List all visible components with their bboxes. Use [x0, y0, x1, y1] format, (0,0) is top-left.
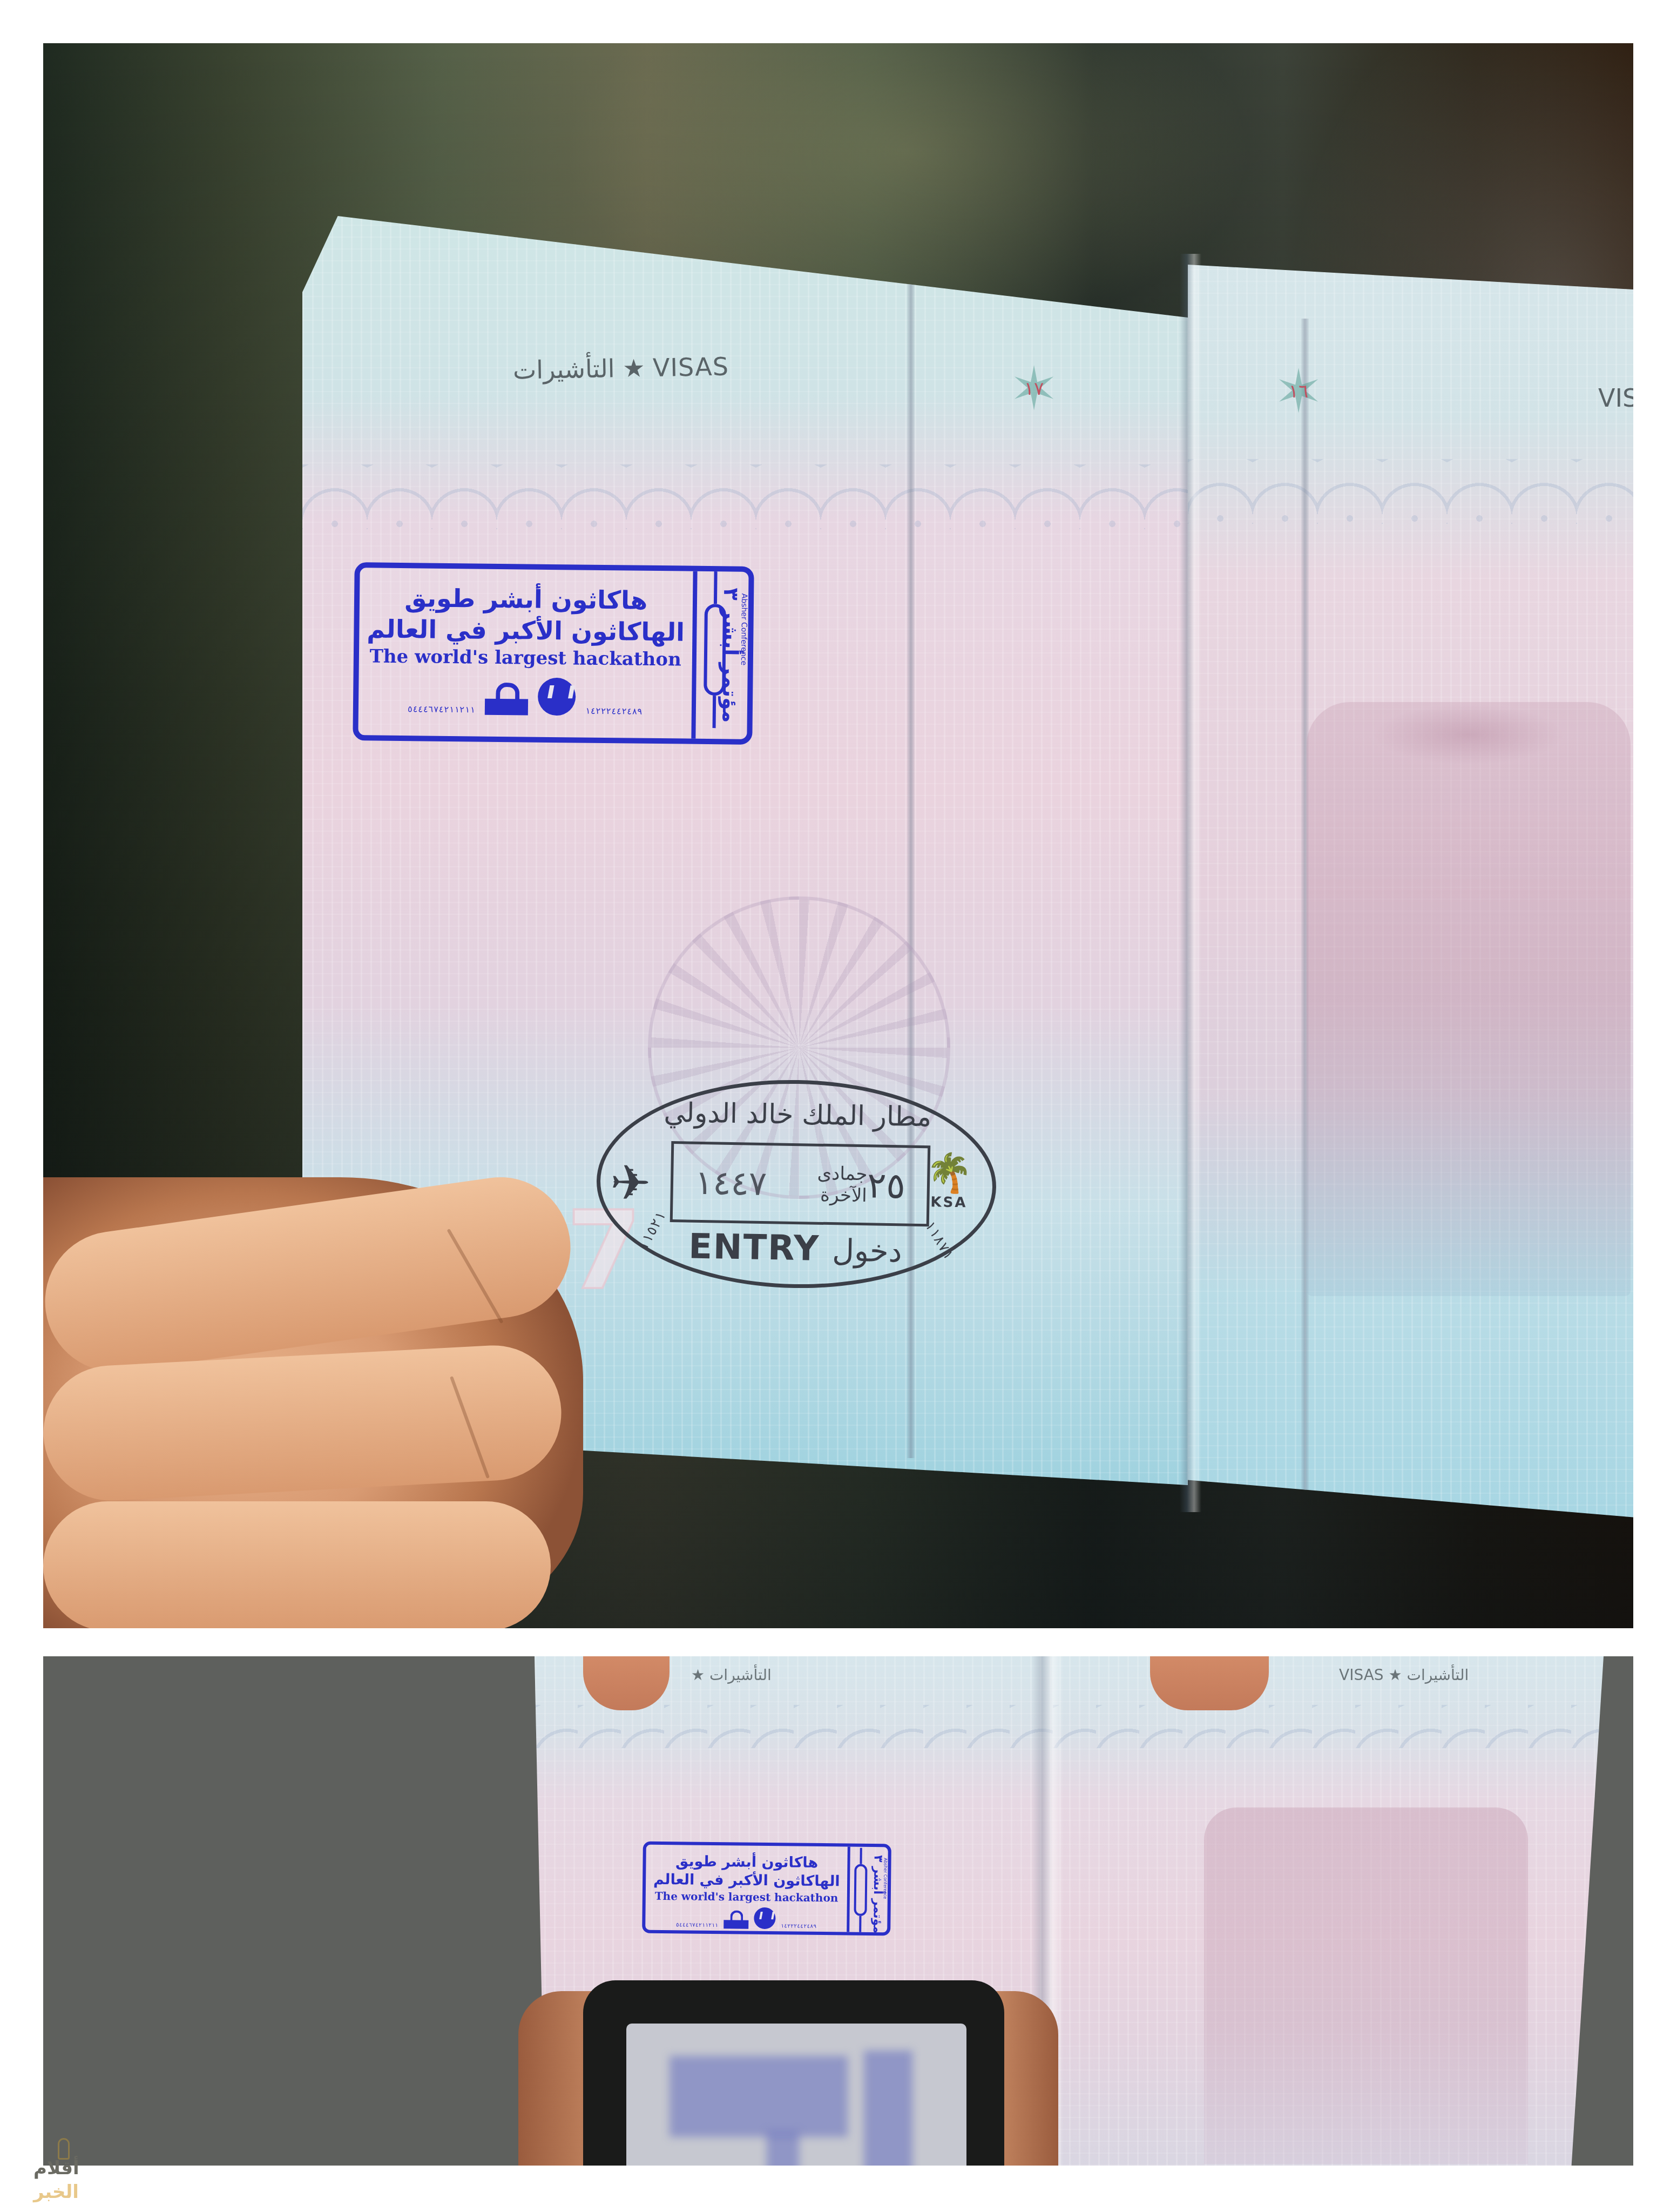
decorative-arch-band [302, 464, 1188, 529]
castle-illustration [1204, 1808, 1528, 2164]
entry-label-en: ENTRY [688, 1227, 820, 1269]
stamp-side-subtext: Absher Conference [739, 594, 748, 666]
country-code: KSA [930, 1194, 968, 1211]
entry-year: ١٤٤٧ [694, 1162, 767, 1203]
entry-month: جمادى الآخرة [767, 1162, 868, 1206]
hackathon-stamp: هاكاثون أبشر طويق الهاكاثون الأكبر في ال… [353, 562, 754, 745]
finger [43, 1342, 565, 1504]
watermark-line-1: أقلام [33, 2157, 79, 2179]
watermark-line-2: الخبر [33, 2181, 79, 2203]
entry-date-box: ٢٥ جمادى الآخرة ١٤٤٧ [670, 1141, 931, 1226]
visas-header-right: VISA [1598, 383, 1633, 413]
stamp-serial-right: ١٤٢٢٢٤٤٢٤٨٩ [781, 1923, 816, 1930]
visas-header-left: التأشيرات ★ VISAS [513, 352, 729, 385]
decorative-arch-band [1188, 459, 1633, 524]
handheld-scanner [583, 1980, 1004, 2166]
top-photo: التأشيرات ★ VISAS VISA ✶١٧ ✶١٦ 17 هاكاثو… [43, 43, 1633, 1628]
stamp-title-ar: هاكاثون أبشر طويق [404, 582, 648, 616]
passport-spine [1180, 254, 1201, 1512]
scanner-screen [626, 2024, 966, 2166]
stamp-serial-left: ٥٤٤٤٦٧٤٢١١٢١١ [676, 1922, 718, 1928]
thumb [1150, 1656, 1269, 1710]
entry-label-ar: دخول [832, 1233, 902, 1269]
stamp-subtitle-ar: الهاكاثون الأكبر في العالم [367, 613, 685, 648]
building-icon [723, 1910, 748, 1928]
castle-illustration [1307, 702, 1631, 1296]
stamp-serial-right: ١٤٢٢٢٤٤٢٤٨٩ [585, 706, 643, 717]
stamp-serial-left: ٥٤٤٤٦٧٤٢١١٢١١ [407, 704, 475, 714]
pill-icon [854, 1864, 868, 1916]
star-icon: ✶١٧ [1004, 359, 1064, 419]
stamp-subtitle-en: The world's largest hackathon [655, 1889, 838, 1905]
page-number-right: ١٦ [1269, 362, 1328, 421]
page-number-left: ١٧ [1004, 359, 1064, 419]
building-icon [485, 683, 529, 716]
stamp-title-ar: هاكاثون أبشر طويق [675, 1852, 818, 1872]
hackathon-stamp: هاكاثون أبشر طويق الهاكاثون الأكبر في ال… [642, 1842, 891, 1936]
saudi-emblem: 🌴 KSA [922, 1151, 977, 1211]
emblem-icon [538, 678, 576, 716]
finger [43, 1501, 551, 1628]
visas-header-left: التأشيرات ★ [691, 1666, 772, 1684]
entry-stamp: مطار الملك خالد الدولي ✈ ٢٥ جمادى الآخرة… [595, 1077, 998, 1292]
airplane-icon: ✈ [610, 1159, 651, 1208]
star-icon: ✶١٦ [1269, 362, 1328, 421]
decorative-arch-band [535, 1705, 1604, 1748]
entry-airport-name: مطار الملك خالد الدولي [601, 1096, 994, 1134]
stamp-subtitle-en: The world's largest hackathon [369, 644, 681, 671]
visas-header-right: التأشيرات ★ VISAS [1339, 1666, 1469, 1684]
emblem-icon [754, 1907, 775, 1929]
palm-swords-icon: 🌴 [922, 1151, 977, 1195]
lightbulb-book-icon [58, 2138, 70, 2160]
stamp-subtitle-ar: الهاكاثون الأكبر في العالم [653, 1871, 840, 1891]
page-guilloche-line [907, 270, 915, 1458]
entry-day: ٢٥ [867, 1164, 905, 1206]
publisher-watermark: أقلام الخبر [33, 2125, 82, 2211]
stamp-side-subtext: Absher Conference [883, 1858, 888, 1899]
